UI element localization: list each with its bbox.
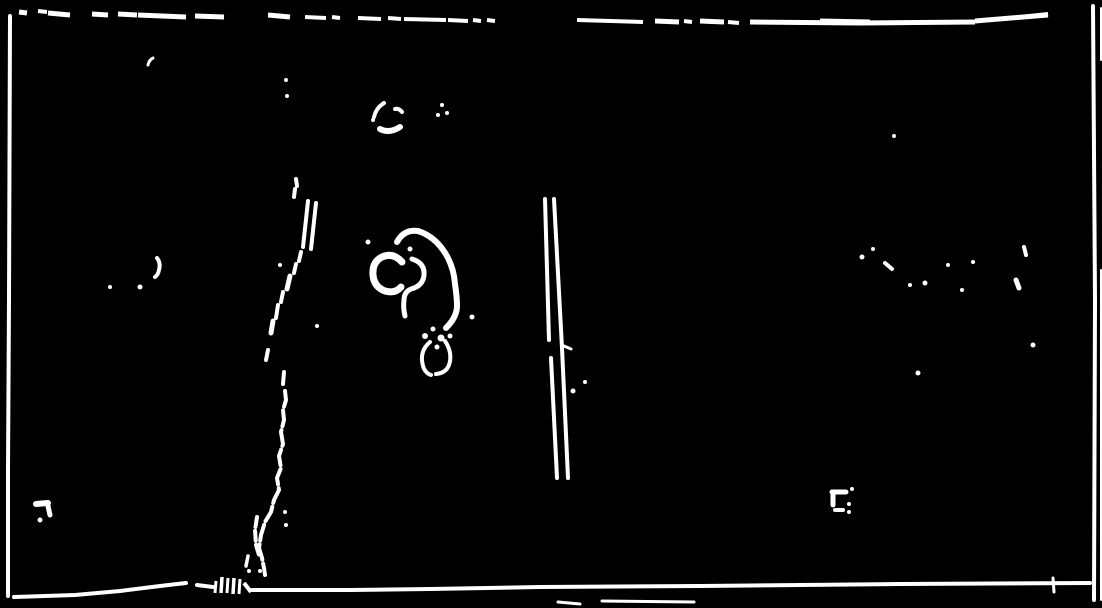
bottom-right-mark bbox=[832, 487, 854, 514]
top-center-broken-ring bbox=[371, 103, 449, 131]
frame-border bbox=[8, 6, 1101, 600]
bottom-tick-marks bbox=[215, 577, 251, 594]
left-dashed-diagonal-chain bbox=[246, 179, 319, 575]
top-left-speck bbox=[148, 58, 289, 98]
central-blob-outline bbox=[366, 231, 475, 375]
binary-edge-map-figure bbox=[0, 0, 1102, 608]
scattered-specks-right bbox=[860, 134, 1036, 376]
bottom-border-line bbox=[14, 578, 1090, 604]
top-dashed-horizon-line bbox=[19, 11, 1048, 23]
double-vertical-line bbox=[545, 199, 587, 478]
edge-map-canvas bbox=[0, 0, 1102, 608]
left-middle-marks bbox=[108, 258, 160, 290]
bottom-left-mark bbox=[36, 503, 50, 523]
